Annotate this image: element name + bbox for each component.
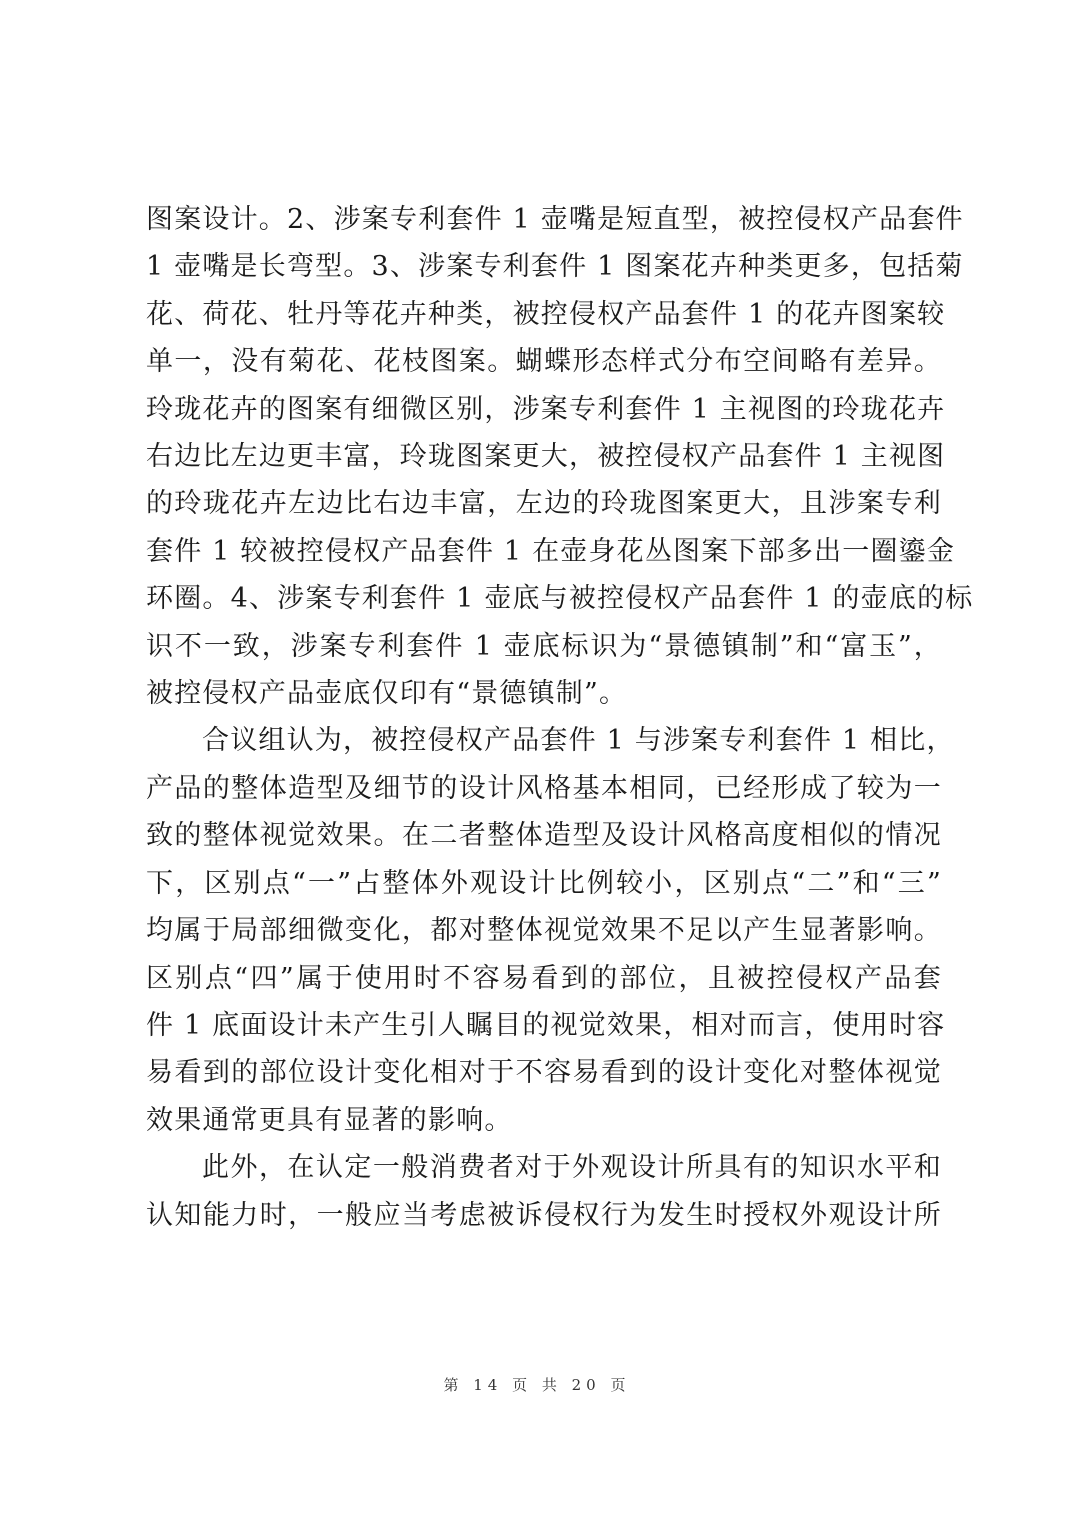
paragraph-panel-opinion: 合议组认为，被控侵权产品套件 1 与涉案专利套件 1 相比， 产品的整体造型及细…: [146, 717, 942, 1144]
text-line: 致的整体视觉效果。在二者整体造型及设计风格高度相似的情况: [146, 812, 942, 859]
text-line: 下，区别点“一”占整体外观设计比例较小，区别点“二”和“三”: [146, 860, 942, 907]
paragraph-consumer-knowledge: 此外，在认定一般消费者对于外观设计所具有的知识水平和 认知能力时，一般应当考虑被…: [146, 1144, 942, 1239]
document-body: 图案设计。2、涉案专利套件 1 壶嘴是短直型，被控侵权产品套件 1 壶嘴是长弯型…: [146, 196, 942, 1239]
text-line: 花、荷花、牡丹等花卉种类，被控侵权产品套件 1 的花卉图案较: [146, 291, 942, 338]
text-line: 产品的整体造型及细节的设计风格基本相同，已经形成了较为一: [146, 765, 942, 812]
text-line: 均属于局部细微变化，都对整体视觉效果不足以产生显著影响。: [146, 907, 942, 954]
text-line: 1 壶嘴是长弯型。3、涉案专利套件 1 图案花卉种类更多，包括菊: [146, 243, 942, 290]
text-line: 易看到的部位设计变化相对于不容易看到的设计变化对整体视觉: [146, 1049, 942, 1096]
text-line: 被控侵权产品壶底仅印有“景德镇制”。: [146, 670, 942, 717]
paragraph-differences: 图案设计。2、涉案专利套件 1 壶嘴是短直型，被控侵权产品套件 1 壶嘴是长弯型…: [146, 196, 942, 717]
text-line: 图案设计。2、涉案专利套件 1 壶嘴是短直型，被控侵权产品套件: [146, 196, 942, 243]
text-line: 此外，在认定一般消费者对于外观设计所具有的知识水平和: [146, 1144, 942, 1191]
text-line: 认知能力时，一般应当考虑被诉侵权行为发生时授权外观设计所: [146, 1192, 942, 1239]
text-line: 合议组认为，被控侵权产品套件 1 与涉案专利套件 1 相比，: [146, 717, 942, 764]
page-number-footer: 第 14 页 共 20 页: [0, 1374, 1074, 1395]
document-page: 图案设计。2、涉案专利套件 1 壶嘴是短直型，被控侵权产品套件 1 壶嘴是长弯型…: [0, 0, 1074, 1520]
text-line: 单一，没有菊花、花枝图案。蝴蝶形态样式分布空间略有差异。: [146, 338, 942, 385]
text-line: 环圈。4、涉案专利套件 1 壶底与被控侵权产品套件 1 的壶底的标: [146, 575, 942, 622]
text-line: 右边比左边更丰富，玲珑图案更大，被控侵权产品套件 1 主视图: [146, 433, 942, 480]
text-line: 套件 1 较被控侵权产品套件 1 在壶身花丛图案下部多出一圈鎏金: [146, 528, 942, 575]
text-line: 识不一致，涉案专利套件 1 壶底标识为“景德镇制”和“富玉”，: [146, 623, 942, 670]
text-line: 效果通常更具有显著的影响。: [146, 1097, 942, 1144]
text-line: 区别点“四”属于使用时不容易看到的部位，且被控侵权产品套: [146, 955, 942, 1002]
text-line: 的玲珑花卉左边比右边丰富，左边的玲珑图案更大，且涉案专利: [146, 480, 942, 527]
text-line: 玲珑花卉的图案有细微区别，涉案专利套件 1 主视图的玲珑花卉: [146, 386, 942, 433]
text-line: 件 1 底面设计未产生引人瞩目的视觉效果，相对而言，使用时容: [146, 1002, 942, 1049]
